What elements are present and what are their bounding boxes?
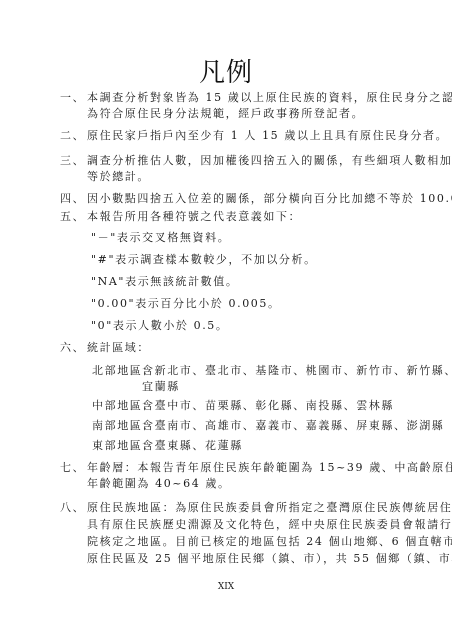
item-text: 因小數點四捨五入位差的關係，部分橫向百分比加總不等於 100.00。 (87, 192, 452, 206)
symbol-definition: "#"表示調查樣本數較少，不加以分析。 (91, 253, 317, 267)
item-text: 調查分析推估人數，因加權後四捨五入的關係，有些細項人數相加不 (87, 154, 452, 168)
region-value: 含臺南市、高雄市、嘉義市、嘉義縣、屏東縣、澎湖縣 (142, 419, 444, 433)
item-text: 原住民族地區：為原住民族委員會所指定之臺灣原住民族傳統居住， (87, 501, 452, 515)
item-text: 本調查分析對象皆為 15 歲以上原住民族的資料，原住民身分之認定 (87, 91, 452, 105)
item-number: 五、 (60, 210, 85, 224)
item-text: 原住民家戶指戶內至少有 1 人 15 歲以上且具有原住民身分者。 (87, 129, 448, 143)
item-text: 等於總計。 (87, 170, 150, 184)
item-text: 年齡層：本報告青年原住民族年齡範圍為 15~39 歲、中高齡原住民族 (87, 461, 452, 475)
item-number: 三、 (60, 154, 85, 168)
item-number: 二、 (60, 129, 85, 143)
region-value: 含新北市、臺北市、基隆市、桃園市、新竹市、新竹縣、 (142, 364, 452, 378)
symbol-definition: "－"表示交叉格無資料。 (91, 231, 230, 245)
item-text: 本報告所用各種符號之代表意義如下： (87, 210, 301, 224)
symbol-definition: "NA"表示無該統計數值。 (91, 275, 239, 289)
item-text: 統計區域： (87, 341, 150, 355)
item-number: 四、 (60, 192, 85, 206)
item-number: 八、 (60, 501, 85, 515)
item-text: 為符合原住民身分法規範，經戶政事務所登記者。 (87, 107, 364, 121)
item-text: 年齡範圍為 40~64 歲。 (87, 477, 231, 491)
symbol-definition: "0.00"表示百分比小於 0.005。 (91, 297, 281, 311)
item-number: 六、 (60, 341, 85, 355)
item-number: 七、 (60, 461, 85, 475)
symbol-definition: "0"表示人數小於 0.5。 (91, 319, 229, 333)
page-title: 凡例 (0, 52, 452, 89)
item-text: 院核定之地區。目前已核定的地區包括 24 個山地鄉、6 個直轄市山地 (87, 535, 452, 549)
item-text: 具有原住民族歷史淵源及文化特色，經中央原住民族委員會報請行政 (87, 518, 452, 532)
region-value: 含臺東縣、花蓮縣 (142, 439, 243, 453)
page-number: XIX (0, 582, 452, 592)
region-value: 含臺中市、苗栗縣、彰化縣、南投縣、雲林縣 (142, 399, 394, 413)
item-number: 一、 (60, 91, 85, 105)
region-value: 宜蘭縣 (142, 380, 180, 394)
item-text: 原住民區及 25 個平地原住民鄉（鎮、市），共 55 個鄉（鎮、市、區）。 (87, 552, 452, 566)
